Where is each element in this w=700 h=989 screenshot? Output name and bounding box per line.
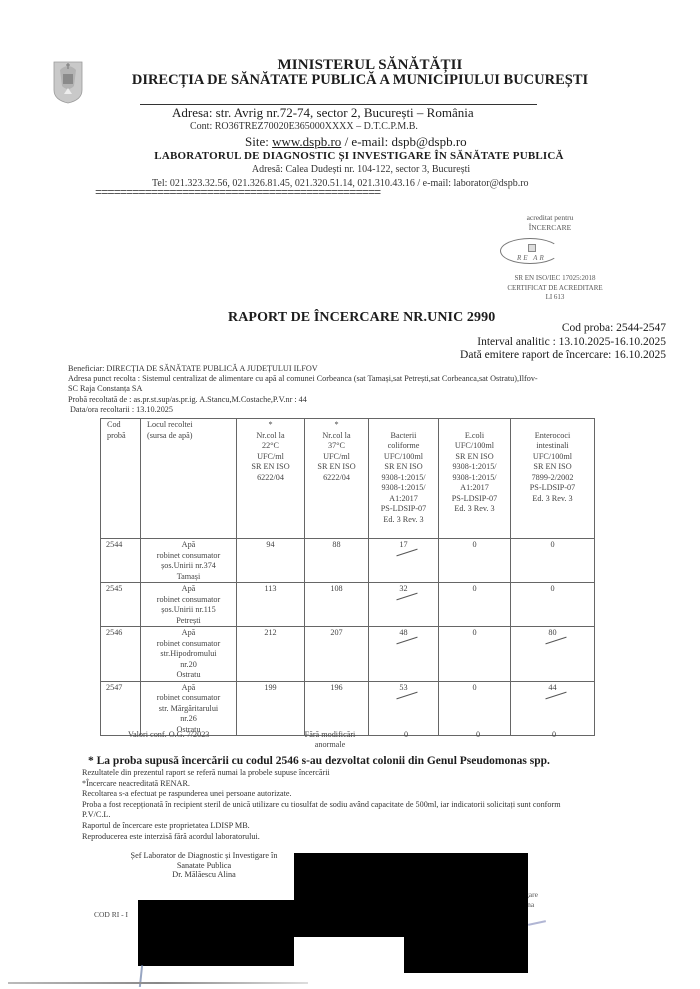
value-code: 2544 [106,540,122,551]
cell-col37: 88 [305,539,369,583]
cell-enterococci: 80 [511,627,595,682]
note-line: P.V/C.L. [82,810,694,821]
header-line: 9308-1:2015/ [439,473,510,484]
column-header: E.coliUFC/100mlSR EN ISO9308-1:2015/9308… [439,419,511,539]
header-star [369,420,438,431]
value-code: 2545 [106,584,122,595]
location-line: Apă [141,584,236,595]
limits-ecoli: 0 [468,730,488,740]
value-coliform: 53 [399,683,407,694]
note-line: Recoltarea s-a efectuat pe raspunderea u… [82,789,694,800]
header-line: SR EN ISO [439,452,510,463]
cell-code: 2544 [101,539,141,583]
header-line: UFC/100ml [369,452,438,463]
header-line: PS-LDSIP-07 [369,504,438,515]
cell-col37: 108 [305,583,369,627]
report-notes: Rezultatele din prezentul raport se refe… [82,768,694,842]
header-line: 6222/04 [237,473,304,484]
header-line: 6222/04 [305,473,368,484]
value-col37: 108 [330,584,342,595]
header-line: E.coli [439,431,510,442]
header-line: Enterococi [511,431,594,442]
scan-edge-line [8,982,308,984]
header-site: Site: www.dspb.ro / e-mail: dspb@dspb.ro [245,134,467,150]
header-line: UFC/100ml [439,441,510,452]
location-line: str. Mărgăritarului [141,704,236,715]
value-enterococci: 0 [550,540,554,551]
header-account: Cont: RO36TREZ70020E365000XXXX – D.T.C.P… [190,121,418,132]
collection-address-cont: SC Raja Constanța SA [68,384,688,394]
cell-enterococci: 0 [511,539,595,583]
column-header: BacteriicoliformeUFC/100mlSR EN ISO9308-… [369,419,439,539]
laboratory-address: Adresă: Calea Dudești nr. 104-122, secto… [0,164,700,175]
table-row: 2547Apărobinet consumatorstr. Mărgăritar… [101,681,595,736]
cell-coliform: 17 [369,539,439,583]
column-header: EnterocociintestinaliUFC/100mlSR EN ISO7… [511,419,595,539]
accreditation-line2: ÎNCERCARE [470,223,630,233]
value-col22: 199 [264,683,276,694]
header-line: Nr.col la [305,431,368,442]
cell-enterococci: 44 [511,681,595,736]
header-line: Ed. 3 Rev. 3 [511,494,594,505]
table-body: 2544Apărobinet consumatorșos.Unirii nr.3… [101,539,595,736]
value-ecoli: 0 [472,683,476,694]
header-line: Cod [107,420,140,431]
value-enterococci: 0 [550,584,554,595]
location-line: Tamași [141,572,236,583]
column-header: Locul recoltei(sursa de apă) [141,419,237,539]
header-line: Bacterii [369,431,438,442]
cell-ecoli: 0 [439,627,511,682]
table-row: 2544Apărobinet consumatorșos.Unirii nr.3… [101,539,595,583]
cell-col37: 207 [305,627,369,682]
location-line: Apă [141,683,236,694]
table-header-row: CodprobăLocul recoltei(sursa de apă)*Nr.… [101,419,595,539]
note-line: Raportul de încercare este proprietatea … [82,821,694,832]
cell-ecoli: 0 [439,681,511,736]
note-line: Proba a fost recepționată în recipient s… [82,800,694,811]
signature-block: Șef Laborator de Diagnostic și Investiga… [104,851,304,880]
column-header: *Nr.col la22°CUFC/mlSR EN ISO6222/04 [237,419,305,539]
cell-code: 2546 [101,627,141,682]
location-line: robinet consumator [141,595,236,606]
cell-location: Apărobinet consumatorșos.Unirii nr.115Pe… [141,583,237,627]
accreditation-number: LI 613 [480,293,630,303]
location-line: Apă [141,628,236,639]
renar-text: RE AR [517,254,546,262]
cell-location: Apărobinet consumatorstr. Mărgăritarului… [141,681,237,736]
cell-coliform: 48 [369,627,439,682]
cell-coliform: 32 [369,583,439,627]
header-line: UFC/100ml [511,452,594,463]
report-title: RAPORT DE ÎNCERCARE NR.UNIC 2990 [228,310,495,326]
header-line: UFC/ml [237,452,304,463]
value-coliform: 48 [399,628,407,639]
header-line: 9308-1:2015/ [369,473,438,484]
header-line: Ed. 3 Rev. 3 [369,515,438,526]
header-address: Adresa: str. Avrig nr.72-74, sector 2, B… [172,105,474,121]
site-label: Site: [245,134,272,149]
value-ecoli: 0 [472,540,476,551]
results-table: CodprobăLocul recoltei(sursa de apă)*Nr.… [100,418,595,736]
value-code: 2547 [106,683,122,694]
location-line: str.Hipodromului [141,649,236,660]
accreditation-cert-label: CERTIFICAT DE ACREDITARE [480,284,630,294]
header-line: 9308-1:2015/ [439,462,510,473]
header-line: Nr.col la [237,431,304,442]
header-line: probă [107,431,140,442]
value-coliform: 32 [399,584,407,595]
header-line: Ed. 3 Rev. 3 [439,504,510,515]
sample-code: Cod proba: 2544-2547 [460,322,666,336]
location-line: robinet consumator [141,693,236,704]
cell-code: 2547 [101,681,141,736]
header-line: PS-LDSIP-07 [439,494,510,505]
accreditation-standard: SR EN ISO/IEC 17025:2018 [480,274,630,284]
accreditation-label: acreditat pentru ÎNCERCARE [470,213,630,233]
redaction-box [138,900,294,966]
report-info: Beneficiar: DIRECȚIA DE SĂNĂTATE PUBLICĂ… [68,364,688,415]
analytic-interval: Interval analitic : 13.10.2025-16.10.202… [460,336,666,350]
value-col37: 196 [330,683,342,694]
location-line: Ostratu [141,670,236,681]
direction-title: DIRECȚIA DE SĂNĂTATE PUBLICĂ A MUNICIPIU… [0,72,700,89]
header-line: SR EN ISO [305,462,368,473]
cell-ecoli: 0 [439,539,511,583]
pseudomonas-note: * La proba supusă încercării cu codul 25… [88,755,550,767]
header-star: * [237,420,304,431]
header-line: SR EN ISO [369,462,438,473]
header-line: A1:2017 [369,494,438,505]
value-col22: 113 [265,584,277,595]
cell-coliform: 53 [369,681,439,736]
header-line: 22°C [237,441,304,452]
stamp-ink-mark [528,920,546,926]
location-line: Apă [141,540,236,551]
cell-code: 2545 [101,583,141,627]
header-line: UFC/ml [305,452,368,463]
footer-code: COD RI - I [94,910,128,919]
limits-enterococci: 0 [544,730,564,740]
value-enterococci: 80 [548,628,556,639]
column-header: Codprobă [101,419,141,539]
accreditation-line1: acreditat pentru [470,213,630,223]
note-line: Rezultatele din prezentul raport se refe… [82,768,694,779]
header-line: (sursa de apă) [147,431,236,442]
site-email: / e-mail: dspb@dspb.ro [341,134,466,149]
location-line: nr.20 [141,660,236,671]
location-line: șos.Unirii nr.374 [141,561,236,572]
value-col37: 207 [330,628,342,639]
cell-col22: 212 [237,627,305,682]
value-ecoli: 0 [472,628,476,639]
beneficiary: Beneficiar: DIRECȚIA DE SĂNĂTATE PUBLICĂ… [68,364,688,374]
cell-enterococci: 0 [511,583,595,627]
cell-col37: 196 [305,681,369,736]
header-line: intestinali [511,441,594,452]
header-star [439,420,510,431]
header-star: * [305,420,368,431]
header-line: 9308-1:2015/ [369,483,438,494]
value-col37: 88 [332,540,340,551]
header-separator: ========================================… [95,188,380,198]
value-coliform: 17 [399,540,407,551]
collection-date: Data/ora recoltarii : 13.10.2025 [70,405,688,415]
limits-label: Valori conf. O.G. 7/2023 [128,730,209,740]
location-line: robinet consumator [141,551,236,562]
header-star [511,420,594,431]
accreditation-certificate: SR EN ISO/IEC 17025:2018 CERTIFICAT DE A… [480,274,630,303]
header-line: Locul recoltei [147,420,236,431]
signature-name: Dr. Mălăescu Alina [104,870,304,880]
header-line: 37°C [305,441,368,452]
value-enterococci: 44 [548,683,556,694]
cell-location: Apărobinet consumatorșos.Unirii nr.374Ta… [141,539,237,583]
laboratory-title: LABORATORUL DE DIAGNOSTIC ȘI INVESTIGARE… [0,150,700,162]
cell-col22: 94 [237,539,305,583]
location-line: șos.Unirii nr.115 [141,605,236,616]
header-line: PS-LDSIP-07 [511,483,594,494]
value-ecoli: 0 [472,584,476,595]
note-line: Reproducerea este interzisă fără acordul… [82,832,694,843]
value-col22: 94 [266,540,274,551]
signature-role-2: Sanatate Publica [104,861,304,871]
value-col22: 212 [264,628,276,639]
header-line: SR EN ISO [237,462,304,473]
signature-role: Șef Laborator de Diagnostic și Investiga… [104,851,304,861]
header-line: A1:2017 [439,483,510,494]
header-line: 7899-2/2002 [511,473,594,484]
limits-colony-count: Fără modificări anormale [295,730,365,750]
cell-col22: 113 [237,583,305,627]
location-line: Petrești [141,616,236,627]
report-meta: Cod proba: 2544-2547 Interval analitic :… [460,322,666,363]
limits-coliform: 0 [396,730,416,740]
value-code: 2546 [106,628,122,639]
location-line: nr.26 [141,714,236,725]
collection-address: Adresa punct recolta : Sistemul centrali… [68,374,688,384]
cell-ecoli: 0 [439,583,511,627]
cell-col22: 199 [237,681,305,736]
table-row: 2545Apărobinet consumatorșos.Unirii nr.1… [101,583,595,627]
table-row: 2546Apărobinet consumatorstr.Hipodromulu… [101,627,595,682]
note-line: *Încercare neacreditată RENAR. [82,779,694,790]
location-line: robinet consumator [141,639,236,650]
site-link[interactable]: www.dspb.ro [272,134,341,149]
renar-mark-icon [528,244,536,252]
column-header: *Nr.col la37°CUFC/mlSR EN ISO6222/04 [305,419,369,539]
redaction-box [404,875,528,973]
header-line: coliforme [369,441,438,452]
cell-location: Apărobinet consumatorstr.Hipodromuluinr.… [141,627,237,682]
header-line: SR EN ISO [511,462,594,473]
issue-date: Dată emitere raport de încercare: 16.10.… [460,349,666,363]
collected-by: Probă recoltată de : as.pr.st.sup/as.pr.… [68,395,688,405]
